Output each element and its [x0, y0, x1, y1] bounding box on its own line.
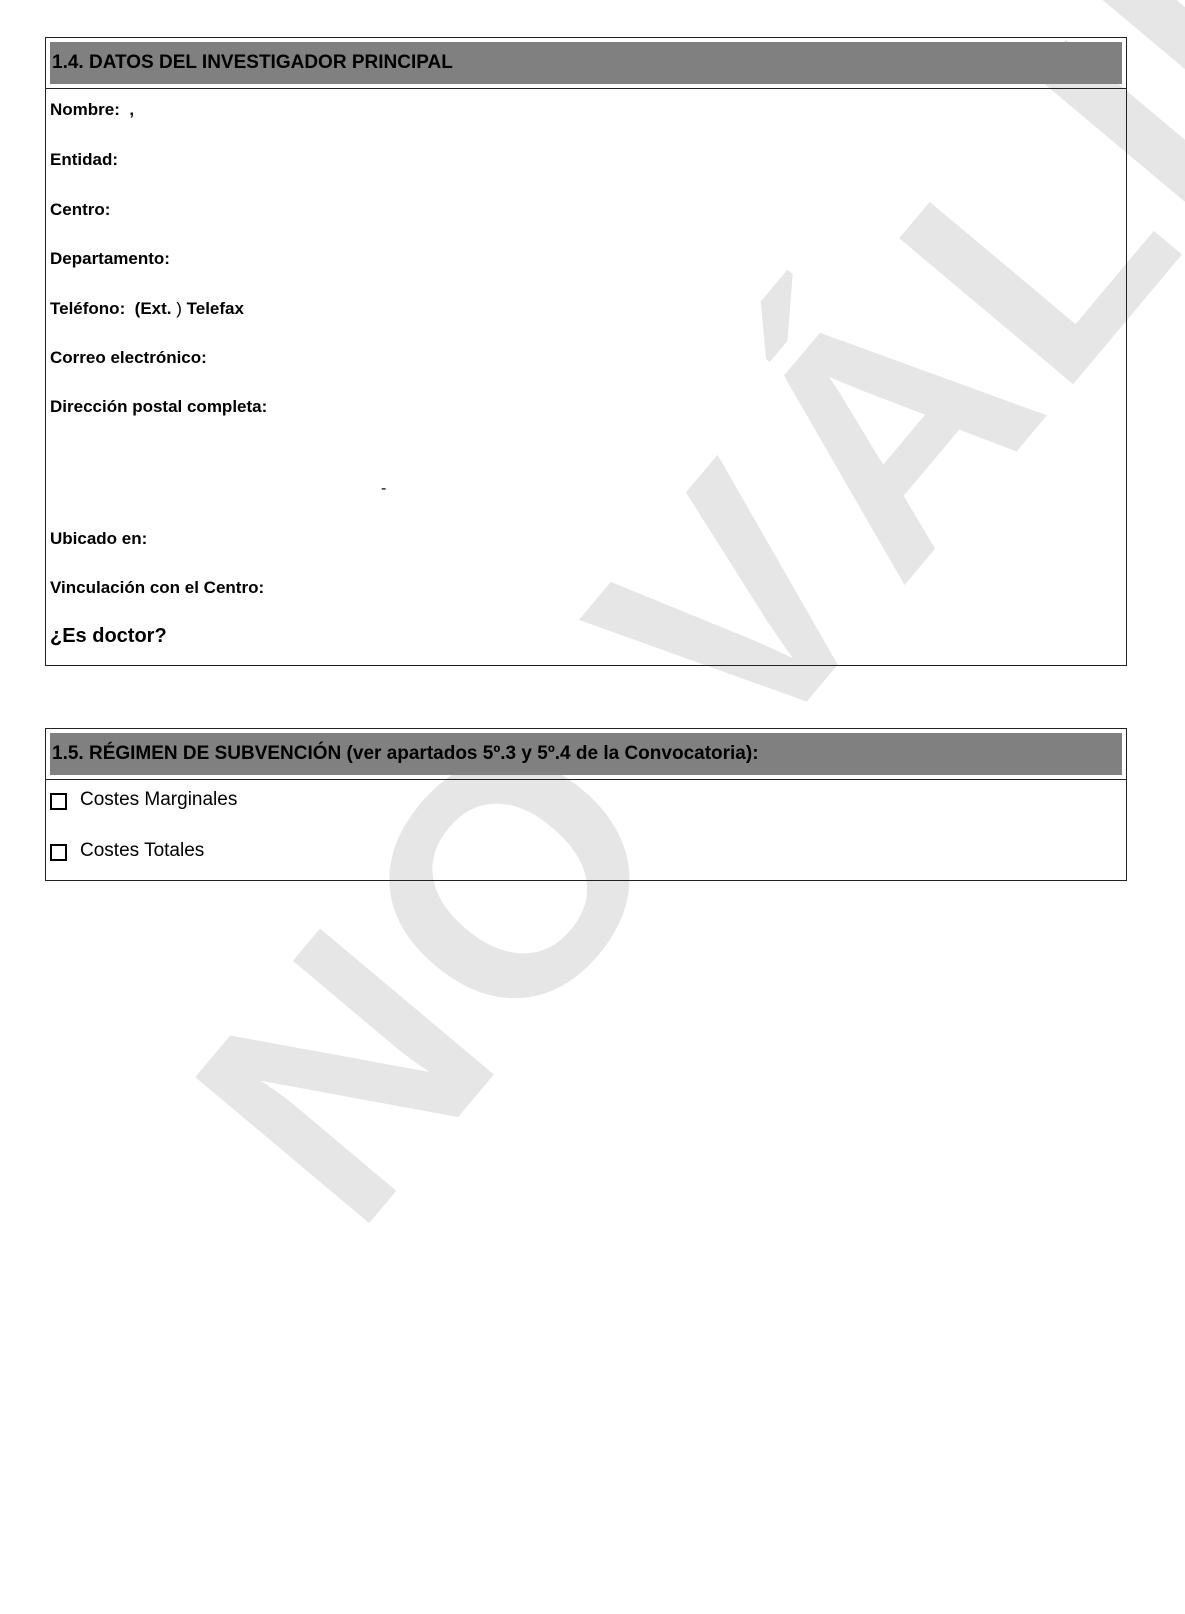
section-title: 1.5. RÉGIMEN DE SUBVENCIÓN (ver apartado…: [50, 733, 1122, 775]
divider: [46, 88, 1126, 89]
divider: [46, 779, 1126, 780]
field-es-doctor: ¿Es doctor?: [50, 625, 167, 648]
direccion-separator: -: [381, 480, 386, 498]
option-label: Costes Totales: [80, 840, 204, 862]
field-direccion: Dirección postal completa:: [50, 397, 267, 417]
field-vinculacion: Vinculación con el Centro:: [50, 578, 264, 598]
option-costes-totales[interactable]: Costes Totales: [50, 840, 204, 862]
field-ubicado: Ubicado en:: [50, 529, 147, 549]
field-entidad: Entidad:: [50, 150, 118, 170]
investigador-principal-section: 1.4. DATOS DEL INVESTIGADOR PRINCIPAL No…: [45, 37, 1127, 666]
field-centro: Centro:: [50, 200, 110, 220]
telefono-paren: ): [172, 299, 187, 318]
checkbox-costes-marginales[interactable]: [50, 793, 67, 810]
field-telefono: Teléfono: (Ext. ) Telefax: [50, 299, 244, 319]
checkbox-costes-totales[interactable]: [50, 844, 67, 861]
telefax-label: Telefax: [187, 299, 244, 318]
field-departamento: Departamento:: [50, 249, 170, 269]
field-correo: Correo electrónico:: [50, 348, 207, 368]
field-nombre: Nombre: ,: [50, 100, 134, 120]
regimen-subvencion-section: 1.5. RÉGIMEN DE SUBVENCIÓN (ver apartado…: [45, 728, 1127, 881]
option-costes-marginales[interactable]: Costes Marginales: [50, 789, 237, 811]
section-title: 1.4. DATOS DEL INVESTIGADOR PRINCIPAL: [50, 42, 1122, 84]
option-label: Costes Marginales: [80, 789, 237, 811]
telefono-label: Teléfono: (Ext.: [50, 299, 172, 318]
